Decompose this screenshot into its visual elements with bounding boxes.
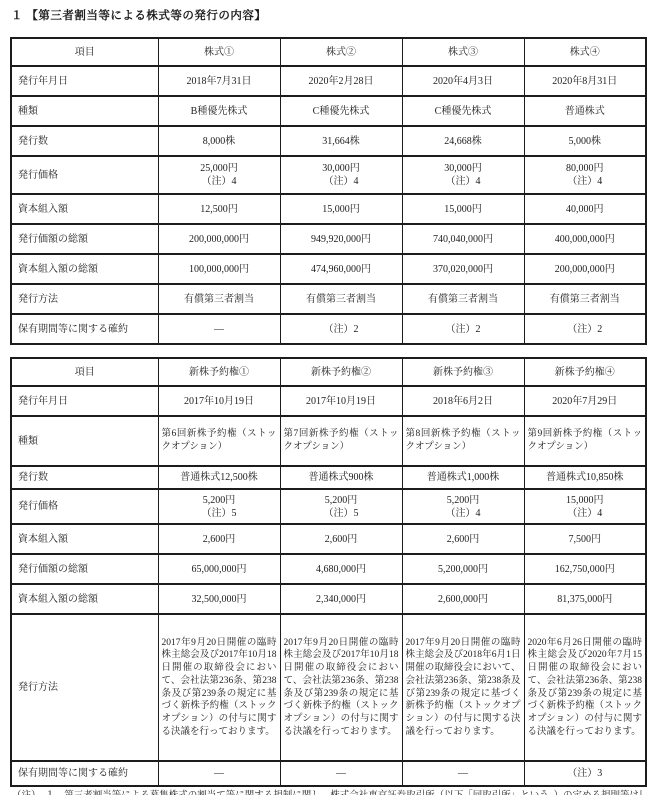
row-label-cell: 発行年月日	[11, 66, 158, 96]
value-cell: 15,000円	[280, 194, 402, 224]
value-cell: ―	[280, 761, 402, 786]
value-cell: 2,340,000円	[280, 584, 402, 614]
value-cell: 第6回新株予約権（ストックオプション）	[158, 416, 280, 466]
value-cell: C種優先株式	[402, 96, 524, 126]
value-cell: 2,600円	[280, 524, 402, 554]
row-label-cell: 発行価格	[11, 156, 158, 194]
value-cell: 2017年9月20日開催の臨時株主総会及び2018年6月1日開催の取締役会におい…	[402, 614, 524, 761]
header-cell-warrant3: 新株予約権③	[402, 358, 524, 386]
value-cell: 5,000株	[524, 126, 646, 156]
value-cell: 31,664株	[280, 126, 402, 156]
table-row: 発行数 普通株式12,500株 普通株式900株 普通株式1,000株 普通株式…	[11, 466, 646, 489]
value-cell: 81,375,000円	[524, 584, 646, 614]
header-cell-stock4: 株式④	[524, 38, 646, 66]
value-cell: 7,500円	[524, 524, 646, 554]
table-row: 種類 B種優先株式 C種優先株式 C種優先株式 普通株式	[11, 96, 646, 126]
value-cell: 162,750,000円	[524, 554, 646, 584]
value-cell: ―	[402, 761, 524, 786]
value-cell: 370,020,000円	[402, 254, 524, 284]
value-cell: （注）2	[280, 314, 402, 344]
row-label-cell: 保有期間等に関する確約	[11, 314, 158, 344]
value-cell: 15,000円	[402, 194, 524, 224]
header-cell-stock3: 株式③	[402, 38, 524, 66]
row-label-cell: 資本組入額の総額	[11, 584, 158, 614]
value-cell: 100,000,000円	[158, 254, 280, 284]
value-cell: 2017年10月19日	[158, 386, 280, 416]
value-cell: 200,000,000円	[524, 254, 646, 284]
value-cell: 2017年9月20日開催の臨時株主総会及び2017年10月18日開催の取締役会に…	[280, 614, 402, 761]
value-cell: ―	[158, 761, 280, 786]
value-cell: 40,000円	[524, 194, 646, 224]
value-cell: 5,200円 （注）5	[158, 489, 280, 524]
table-header-row: 項目 株式① 株式② 株式③ 株式④	[11, 38, 646, 66]
table-row: 発行数 8,000株 31,664株 24,668株 5,000株	[11, 126, 646, 156]
value-cell: 普通株式10,850株	[524, 466, 646, 489]
warrants-issuance-table: 項目 新株予約権① 新株予約権② 新株予約権③ 新株予約権④ 発行年月日 201…	[10, 357, 647, 787]
table-row: 発行価額の総額 200,000,000円 949,920,000円 740,04…	[11, 224, 646, 254]
value-cell: 24,668株	[402, 126, 524, 156]
table-header-row: 項目 新株予約権① 新株予約権② 新株予約権③ 新株予約権④	[11, 358, 646, 386]
row-label-cell: 種類	[11, 416, 158, 466]
value-cell: 2,600円	[402, 524, 524, 554]
value-cell: 2017年9月20日開催の臨時株主総会及び2017年10月18日開催の取締役会に…	[158, 614, 280, 761]
value-cell: 2020年4月3日	[402, 66, 524, 96]
table-row: 保有期間等に関する確約 ― （注）2 （注）2 （注）2	[11, 314, 646, 344]
value-cell: 2018年6月2日	[402, 386, 524, 416]
row-label-cell: 保有期間等に関する確約	[11, 761, 158, 786]
row-label-cell: 発行方法	[11, 284, 158, 314]
value-cell: 4,680,000円	[280, 554, 402, 584]
row-label-cell: 発行数	[11, 466, 158, 489]
row-label-cell: 資本組入額	[11, 524, 158, 554]
value-cell: C種優先株式	[280, 96, 402, 126]
header-cell-warrant4: 新株予約権④	[524, 358, 646, 386]
value-cell: 有償第三者割当	[280, 284, 402, 314]
value-cell: ―	[158, 314, 280, 344]
value-cell: 普通株式1,000株	[402, 466, 524, 489]
value-cell: 65,000,000円	[158, 554, 280, 584]
table-row: 種類 第6回新株予約権（ストックオプション） 第7回新株予約権（ストックオプショ…	[11, 416, 646, 466]
value-cell: 740,040,000円	[402, 224, 524, 254]
value-cell: B種優先株式	[158, 96, 280, 126]
table-row: 発行価額の総額 65,000,000円 4,680,000円 5,200,000…	[11, 554, 646, 584]
value-cell: 有償第三者割当	[402, 284, 524, 314]
header-cell-stock1: 株式①	[158, 38, 280, 66]
row-label-cell: 資本組入額	[11, 194, 158, 224]
table-row: 資本組入額 12,500円 15,000円 15,000円 40,000円	[11, 194, 646, 224]
row-label-cell: 発行年月日	[11, 386, 158, 416]
value-cell: 2020年2月28日	[280, 66, 402, 96]
value-cell: 第8回新株予約権（ストックオプション）	[402, 416, 524, 466]
value-cell: 2020年6月26日開催の臨時株主総会及び2020年7月15日開催の取締役会にお…	[524, 614, 646, 761]
row-label-cell: 資本組入額の総額	[11, 254, 158, 284]
value-cell: （注）2	[524, 314, 646, 344]
row-label-cell: 発行価額の総額	[11, 224, 158, 254]
table-row: 発行方法 有償第三者割当 有償第三者割当 有償第三者割当 有償第三者割当	[11, 284, 646, 314]
value-cell: 8,000株	[158, 126, 280, 156]
value-cell: 15,000円 （注）4	[524, 489, 646, 524]
value-cell: 30,000円 （注）4	[280, 156, 402, 194]
value-cell: 2,600,000円	[402, 584, 524, 614]
value-cell: 2017年10月19日	[280, 386, 402, 416]
section-title: １ 【第三者割当等による株式等の発行の内容】	[11, 7, 266, 23]
value-cell: 普通株式900株	[280, 466, 402, 489]
value-cell: 2020年8月31日	[524, 66, 646, 96]
header-cell-warrant1: 新株予約権①	[158, 358, 280, 386]
value-cell: 400,000,000円	[524, 224, 646, 254]
header-cell-stock2: 株式②	[280, 38, 402, 66]
shares-issuance-table: 項目 株式① 株式② 株式③ 株式④ 発行年月日 2018年7月31日 2020…	[10, 37, 647, 345]
table-row: 発行価格 5,200円 （注）5 5,200円 （注）5 5,200円 （注）4…	[11, 489, 646, 524]
value-cell: 25,000円 （注）4	[158, 156, 280, 194]
row-label-cell: 発行価額の総額	[11, 554, 158, 584]
table-row: 発行方法 2017年9月20日開催の臨時株主総会及び2017年10月18日開催の…	[11, 614, 646, 761]
value-cell: 普通株式12,500株	[158, 466, 280, 489]
value-cell: 2018年7月31日	[158, 66, 280, 96]
value-cell: （注）2	[402, 314, 524, 344]
value-cell: 949,920,000円	[280, 224, 402, 254]
value-cell: 2,600円	[158, 524, 280, 554]
header-cell-item: 項目	[11, 38, 158, 66]
value-cell: 5,200円 （注）4	[402, 489, 524, 524]
value-cell: 80,000円 （注）4	[524, 156, 646, 194]
value-cell: 普通株式	[524, 96, 646, 126]
value-cell: 12,500円	[158, 194, 280, 224]
table-row: 資本組入額の総額 32,500,000円 2,340,000円 2,600,00…	[11, 584, 646, 614]
value-cell: 有償第三者割当	[524, 284, 646, 314]
table-row: 発行年月日 2017年10月19日 2017年10月19日 2018年6月2日 …	[11, 386, 646, 416]
table-row: 発行価格 25,000円 （注）4 30,000円 （注）4 30,000円 （…	[11, 156, 646, 194]
table-row: 発行年月日 2018年7月31日 2020年2月28日 2020年4月3日 20…	[11, 66, 646, 96]
value-cell: 32,500,000円	[158, 584, 280, 614]
table-row: 資本組入額の総額 100,000,000円 474,960,000円 370,0…	[11, 254, 646, 284]
value-cell: 5,200円 （注）5	[280, 489, 402, 524]
value-cell: 第7回新株予約権（ストックオプション）	[280, 416, 402, 466]
value-cell: 第9回新株予約権（ストックオプション）	[524, 416, 646, 466]
row-label-cell: 発行数	[11, 126, 158, 156]
row-label-cell: 発行方法	[11, 614, 158, 761]
table-row: 資本組入額 2,600円 2,600円 2,600円 7,500円	[11, 524, 646, 554]
value-cell: 2020年7月29日	[524, 386, 646, 416]
header-cell-item: 項目	[11, 358, 158, 386]
value-cell: 474,960,000円	[280, 254, 402, 284]
value-cell: 有償第三者割当	[158, 284, 280, 314]
footnote-clipped: （注） １ 第三者割当等による募集株式の割当て等に関する規制に関し、株式会社東京…	[12, 787, 642, 795]
value-cell: 30,000円 （注）4	[402, 156, 524, 194]
value-cell: 5,200,000円	[402, 554, 524, 584]
row-label-cell: 種類	[11, 96, 158, 126]
table-row: 保有期間等に関する確約 ― ― ― （注）3	[11, 761, 646, 786]
value-cell: （注）3	[524, 761, 646, 786]
header-cell-warrant2: 新株予約権②	[280, 358, 402, 386]
row-label-cell: 発行価格	[11, 489, 158, 524]
value-cell: 200,000,000円	[158, 224, 280, 254]
